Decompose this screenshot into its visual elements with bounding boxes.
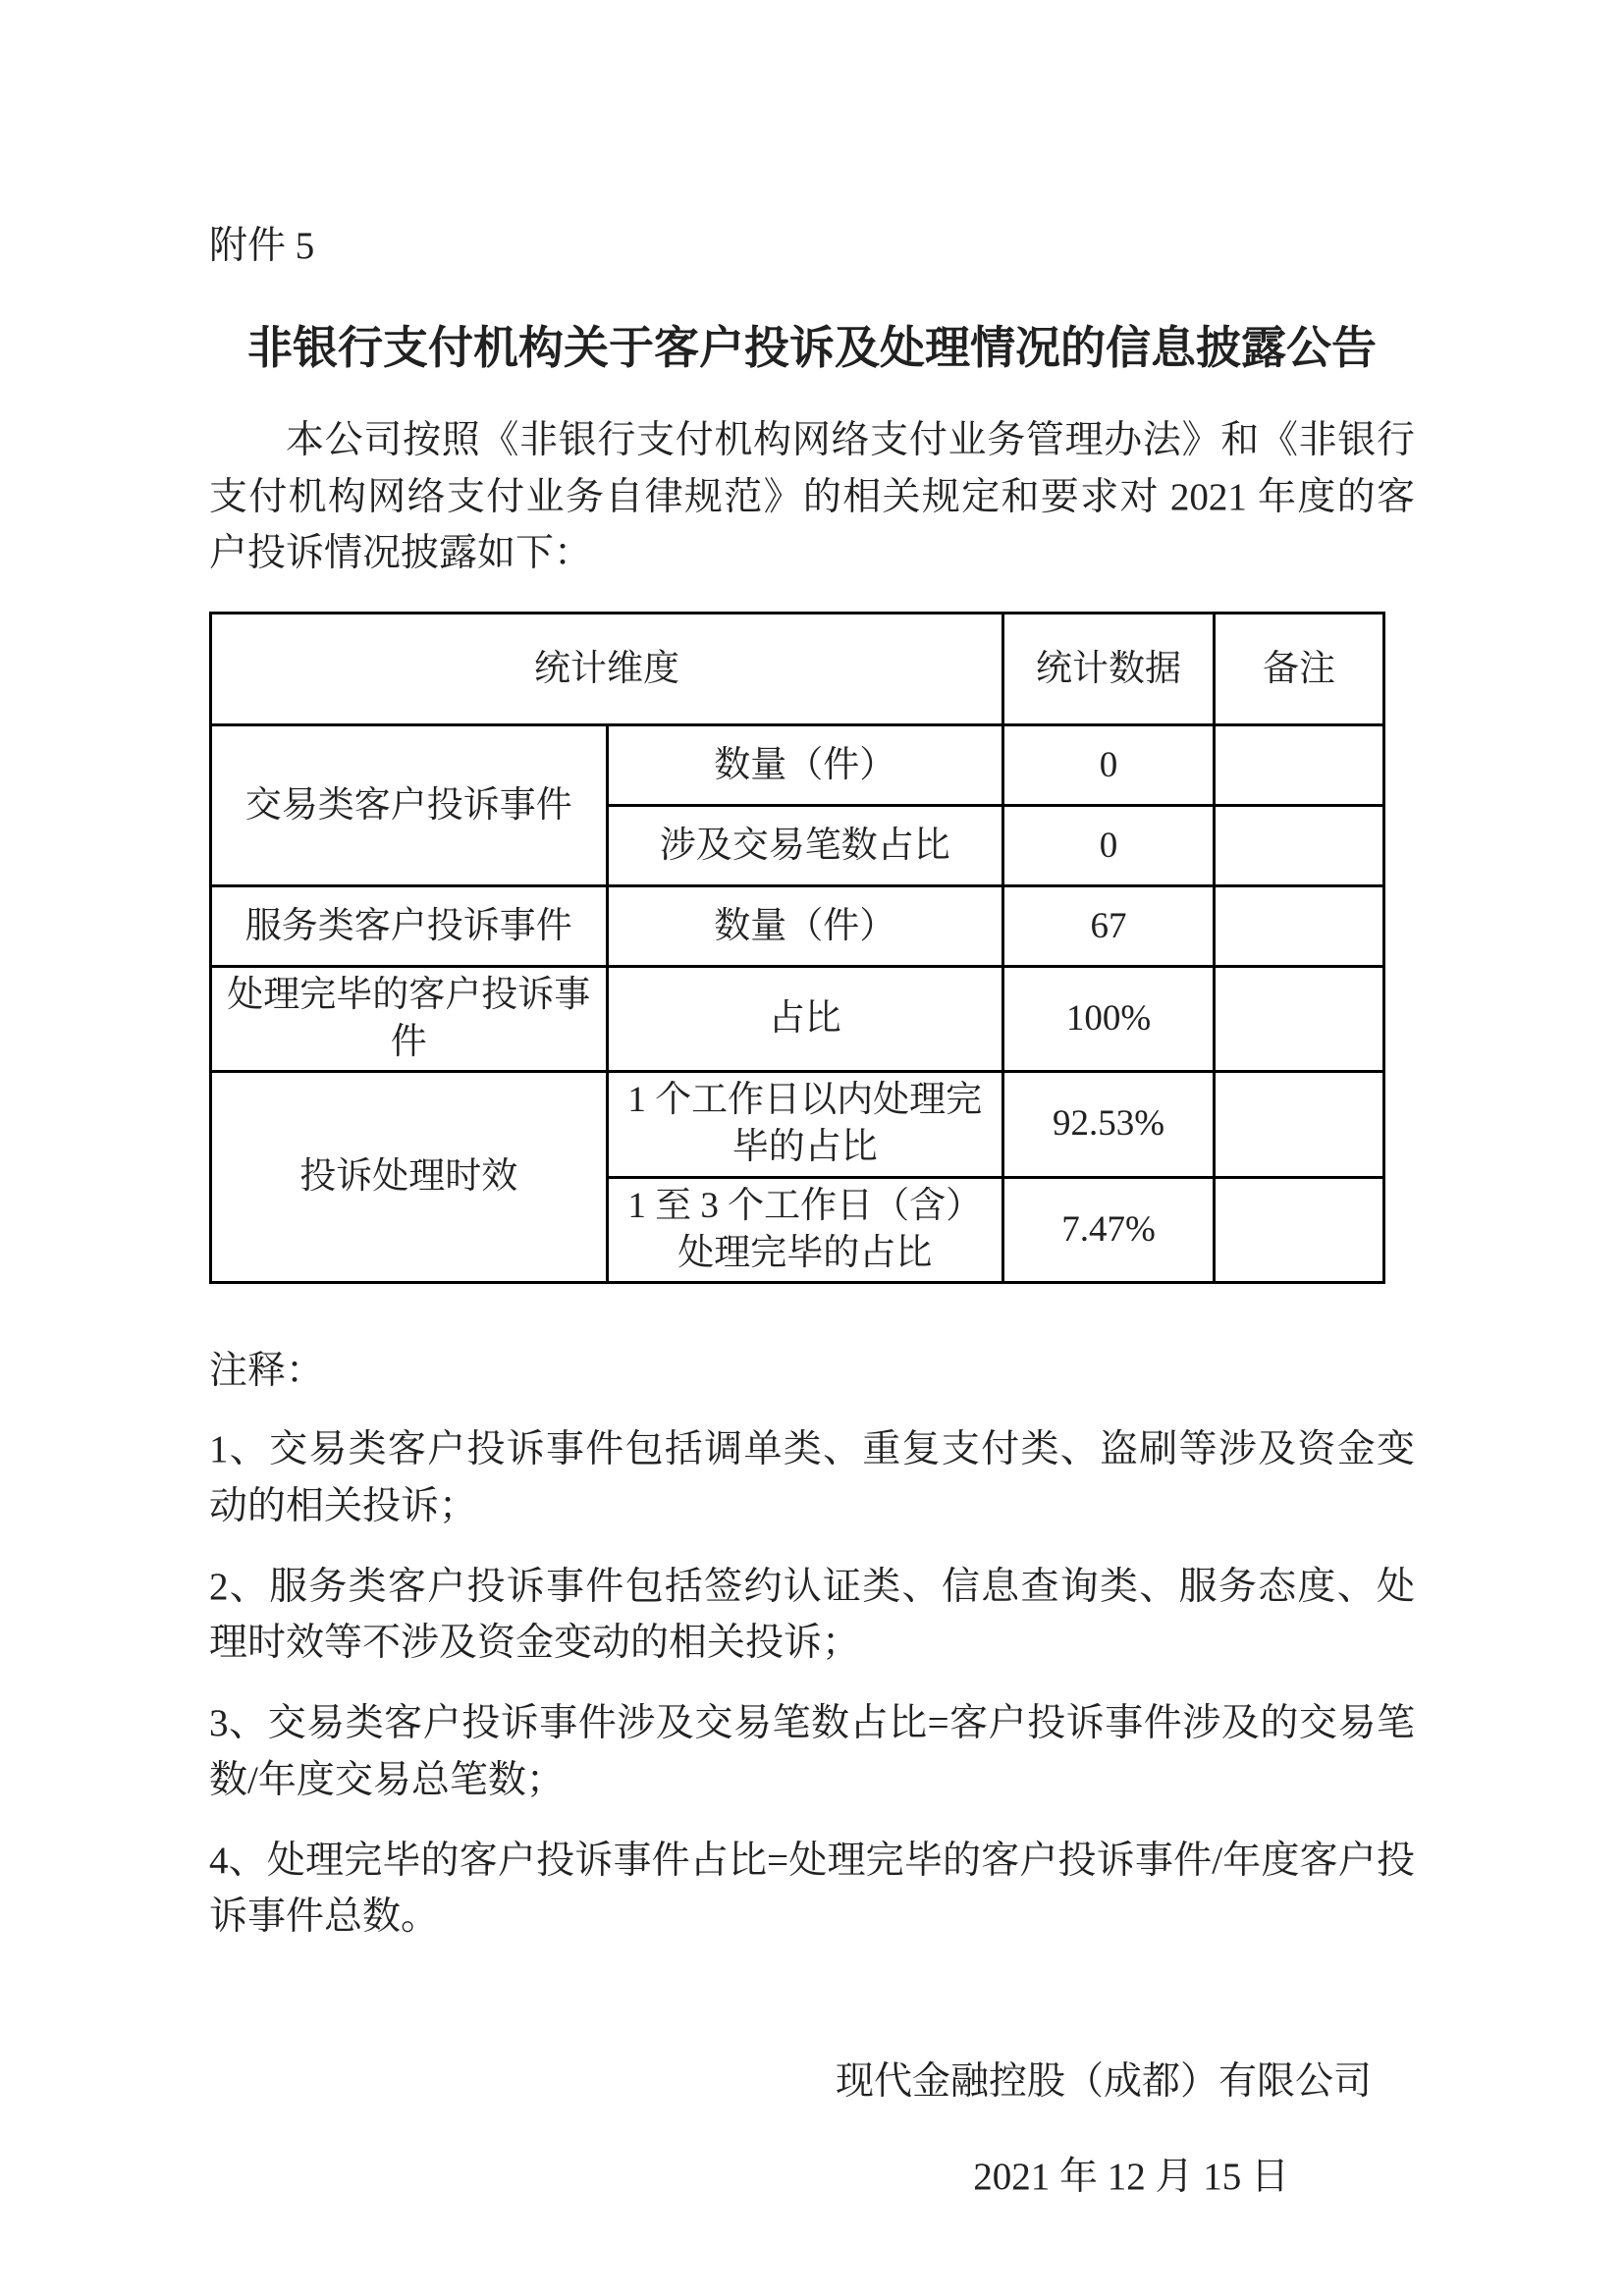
row-metric: 1 个工作日以内处理完毕的占比 [607, 1072, 1003, 1177]
table-header-dimension: 统计维度 [211, 614, 1003, 725]
signature-block: 现代金融控股（成都）有限公司 2021 年 12 月 15 日 [209, 2056, 1415, 2204]
row-category: 处理完毕的客户投诉事件 [211, 967, 608, 1072]
table-row: 处理完毕的客户投诉事件 占比 100% [211, 967, 1384, 1072]
row-remark [1215, 886, 1384, 967]
row-value: 67 [1003, 886, 1215, 967]
row-metric: 涉及交易笔数占比 [607, 806, 1003, 886]
row-value: 0 [1003, 806, 1215, 886]
row-remark [1215, 1177, 1384, 1282]
notes-title: 注释： [209, 1345, 1415, 1399]
table-header-row: 统计维度 统计数据 备注 [211, 614, 1384, 725]
row-value: 100% [1003, 967, 1215, 1072]
row-category: 服务类客户投诉事件 [211, 886, 608, 967]
table-row: 服务类客户投诉事件 数量（件） 67 [211, 886, 1384, 967]
row-value: 0 [1003, 725, 1215, 806]
note-item: 3、交易类客户投诉事件涉及交易笔数占比=客户投诉事件涉及的交易笔数/年度交易总笔… [209, 1695, 1415, 1808]
table-header-data: 统计数据 [1003, 614, 1215, 725]
row-remark [1215, 725, 1384, 806]
note-item: 2、服务类客户投诉事件包括签约认证类、信息查询类、服务态度、处理时效等不涉及资金… [209, 1559, 1415, 1672]
row-metric: 数量（件） [607, 886, 1003, 967]
signature-company: 现代金融控股（成都）有限公司 [209, 2056, 1415, 2109]
note-item: 1、交易类客户投诉事件包括调单类、重复支付类、盗刷等涉及资金变动的相关投诉； [209, 1421, 1415, 1534]
row-remark [1215, 1072, 1384, 1177]
note-item: 4、处理完毕的客户投诉事件占比=处理完毕的客户投诉事件/年度客户投诉事件总数。 [209, 1833, 1415, 1946]
complaints-table: 统计维度 统计数据 备注 交易类客户投诉事件 数量（件） 0 涉及交易笔数占比 … [209, 612, 1385, 1284]
table-row: 投诉处理时效 1 个工作日以内处理完毕的占比 92.53% [211, 1072, 1384, 1177]
table-row: 交易类客户投诉事件 数量（件） 0 [211, 725, 1384, 806]
signature-date: 2021 年 12 月 15 日 [209, 2151, 1415, 2205]
row-remark [1215, 967, 1384, 1072]
row-metric: 1 至 3 个工作日（含）处理完毕的占比 [607, 1177, 1003, 1282]
intro-paragraph: 本公司按照《非银行支付机构网络支付业务管理办法》和《非银行支付机构网络支付业务自… [209, 412, 1415, 582]
row-metric: 占比 [607, 967, 1003, 1072]
table-header-remark: 备注 [1215, 614, 1384, 725]
row-category: 交易类客户投诉事件 [211, 725, 608, 886]
row-value: 92.53% [1003, 1072, 1215, 1177]
row-metric: 数量（件） [607, 725, 1003, 806]
attachment-label: 附件 5 [209, 224, 1415, 270]
row-category: 投诉处理时效 [211, 1072, 608, 1282]
row-value: 7.47% [1003, 1177, 1215, 1282]
row-remark [1215, 806, 1384, 886]
document-title: 非银行支付机构关于客户投诉及处理情况的信息披露公告 [209, 321, 1415, 375]
document-page: 附件 5 非银行支付机构关于客户投诉及处理情况的信息披露公告 本公司按照《非银行… [0, 0, 1624, 2296]
